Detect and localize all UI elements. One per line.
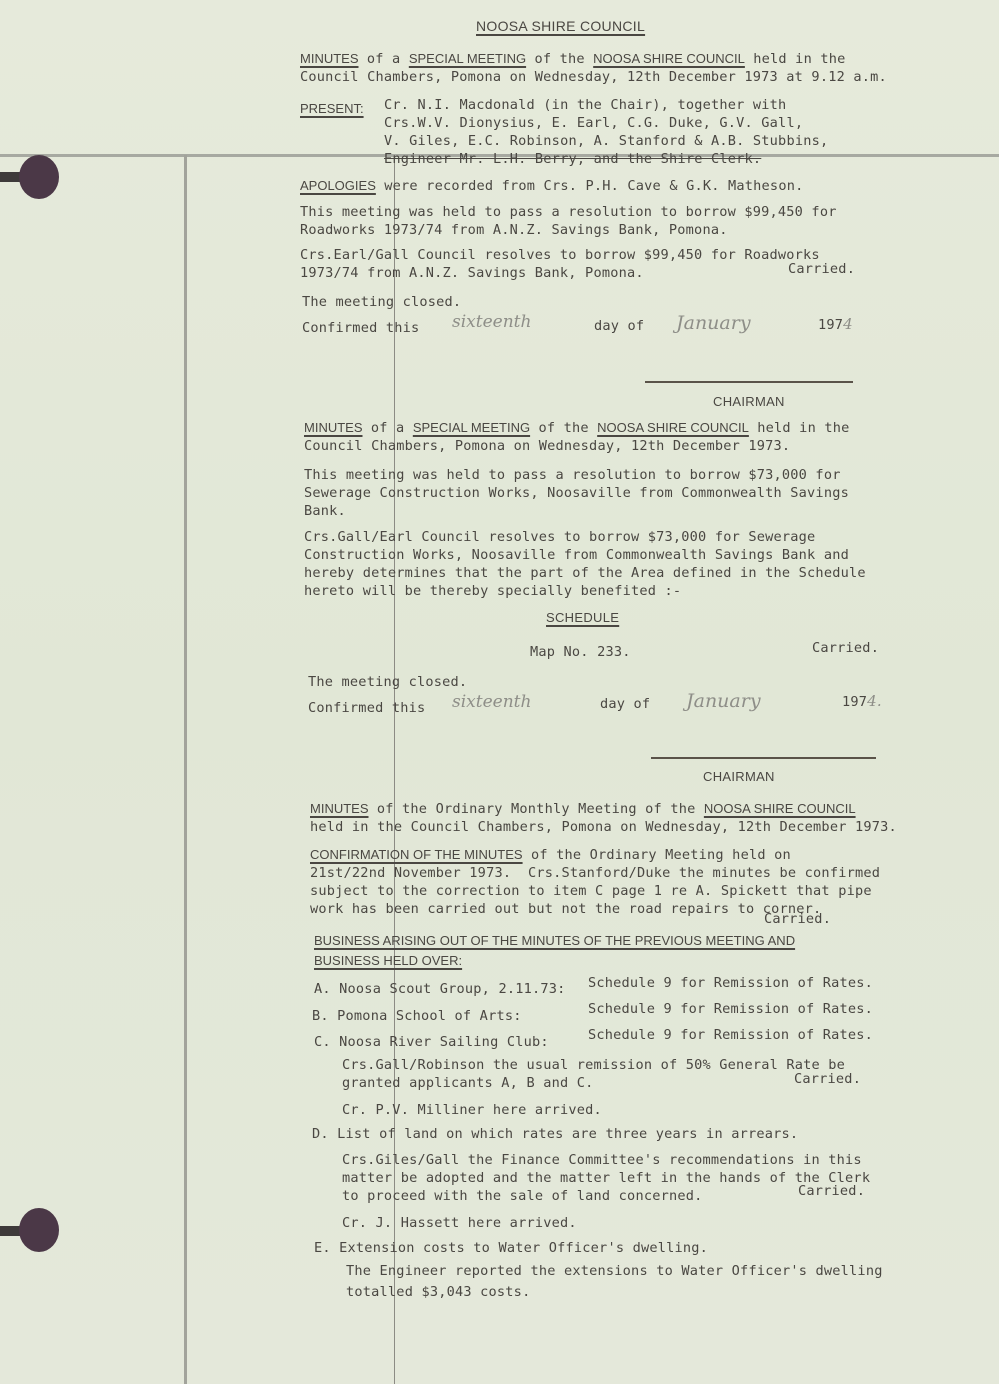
- chairman-label: CHAIRMAN: [703, 768, 775, 786]
- purpose-line: Sewerage Construction Works, Noosaville …: [304, 484, 849, 502]
- year-handwritten: 4: [843, 315, 853, 333]
- resolution-line: hereto will be thereby specially benefit…: [304, 582, 681, 600]
- carried-label: Carried.: [764, 910, 831, 928]
- year-prefix: 197: [818, 317, 843, 333]
- confirmation-line: 21st/22nd November 1973. Crs.Stanford/Du…: [310, 864, 880, 882]
- business-item-a: A. Noosa Scout Group, 2.11.73:: [314, 980, 566, 998]
- council-name: NOOSA SHIRE COUNCIL: [597, 420, 749, 435]
- present-line: Crs.W.V. Dionysius, E. Earl, C.G. Duke, …: [384, 114, 803, 132]
- present-line: V. Giles, E.C. Robinson, A. Stanford & A…: [384, 132, 828, 150]
- year-prefix: 197: [842, 694, 867, 710]
- text: of the: [530, 420, 597, 436]
- business-heading: BUSINESS ARISING OUT OF THE MINUTES OF T…: [314, 932, 795, 950]
- meeting2-intro-line2: Council Chambers, Pomona on Wednesday, 1…: [304, 437, 790, 455]
- purpose-line: Bank.: [304, 502, 346, 520]
- confirmation: CONFIRMATION OF THE MINUTES of the Ordin…: [310, 846, 791, 864]
- business-item-e: E. Extension costs to Water Officer's dw…: [314, 1239, 708, 1257]
- document-title: NOOSA SHIRE COUNCIL: [476, 17, 645, 35]
- left-margin-rule: [184, 155, 187, 1384]
- item-e-report: The Engineer reported the extensions to …: [346, 1262, 883, 1280]
- confirmation-label: CONFIRMATION OF THE MINUTES: [310, 847, 523, 862]
- confirmation-line: subject to the correction to item C page…: [310, 882, 872, 900]
- year-typed: 1974: [818, 315, 853, 334]
- remission-resolution: Crs.Gall/Robinson the usual remission of…: [342, 1056, 845, 1074]
- binder-hole-bottom: [19, 1208, 59, 1252]
- text: of a: [363, 420, 413, 436]
- text: of the Ordinary Monthly Meeting of the: [369, 801, 704, 817]
- text: held in the: [749, 420, 850, 436]
- meeting1-intro: MINUTES of a SPECIAL MEETING of the NOOS…: [300, 50, 846, 68]
- council-name: NOOSA SHIRE COUNCIL: [704, 801, 856, 816]
- apologies-label: APOLOGIES: [300, 178, 376, 193]
- confirmed-label: Confirmed this: [308, 699, 425, 717]
- schedule-heading: SCHEDULE: [546, 609, 619, 627]
- meeting3-intro-line2: held in the Council Chambers, Pomona on …: [310, 818, 897, 836]
- year-typed: 1974.: [842, 692, 882, 711]
- text: of the: [526, 51, 593, 67]
- confirmation-line: work has been carried out but not the ro…: [310, 900, 821, 918]
- handwritten-month: January: [676, 312, 751, 334]
- present-label: PRESENT:: [300, 100, 364, 118]
- resolution-line: Crs.Gall/Earl Council resolves to borrow…: [304, 528, 815, 546]
- arrival-note: Cr. J. Hassett here arrived.: [342, 1214, 577, 1232]
- chairman-label: CHAIRMAN: [713, 393, 785, 411]
- minutes-label: MINUTES: [310, 801, 369, 816]
- confirmed-label: Confirmed this: [302, 319, 419, 337]
- purpose-line: This meeting was held to pass a resoluti…: [300, 203, 837, 221]
- carried-label: Carried.: [798, 1182, 865, 1200]
- business-item-d: D. List of land on which rates are three…: [312, 1125, 798, 1143]
- business-item-b: B. Pomona School of Arts:: [312, 1007, 522, 1025]
- signature-line: [645, 381, 853, 383]
- text: of a: [359, 51, 409, 67]
- special-meeting-label: SPECIAL MEETING: [409, 51, 526, 66]
- business-item-a-detail: Schedule 9 for Remission of Rates.: [588, 974, 873, 992]
- text: of the Ordinary Meeting held on: [523, 847, 791, 863]
- present-line: Cr. N.I. Macdonald (in the Chair), toget…: [384, 96, 786, 114]
- resolution-line: Crs.Earl/Gall Council resolves to borrow…: [300, 246, 820, 264]
- map-number: Map No. 233.: [530, 643, 631, 661]
- carried-label: Carried.: [788, 260, 855, 278]
- year-handwritten: 4.: [867, 692, 882, 710]
- meeting-closed: The meeting closed.: [302, 293, 461, 311]
- resolution-line: 1973/74 from A.N.Z. Savings Bank, Pomona…: [300, 264, 644, 282]
- meeting2-intro: MINUTES of a SPECIAL MEETING of the NOOS…: [304, 419, 850, 437]
- arrival-note: Cr. P.V. Milliner here arrived.: [342, 1101, 602, 1119]
- resolution-line: Construction Works, Noosaville from Comm…: [304, 546, 849, 564]
- present-line: Engineer Mr. L.H. Berry, and the Shire C…: [384, 150, 761, 168]
- purpose-line: This meeting was held to pass a resoluti…: [304, 466, 841, 484]
- handwritten-day: sixteenth: [452, 692, 531, 712]
- meeting1-intro-line2: Council Chambers, Pomona on Wednesday, 1…: [300, 68, 887, 86]
- resolution-line: hereby determines that the part of the A…: [304, 564, 866, 582]
- handwritten-month: January: [686, 690, 761, 712]
- signature-line: [651, 757, 876, 759]
- apologies-text: were recorded from Crs. P.H. Cave & G.K.…: [376, 178, 804, 194]
- carried-label: Carried.: [812, 639, 879, 657]
- item-d-resolution: matter be adopted and the matter left in…: [342, 1169, 870, 1187]
- business-item-c: C. Noosa River Sailing Club:: [314, 1033, 549, 1051]
- handwritten-day: sixteenth: [452, 312, 531, 332]
- meeting-closed: The meeting closed.: [308, 673, 467, 691]
- business-heading: BUSINESS HELD OVER:: [314, 952, 462, 970]
- text: held in the: [745, 51, 846, 67]
- item-e-report: totalled $3,043 costs.: [346, 1283, 530, 1301]
- apologies: APOLOGIES were recorded from Crs. P.H. C…: [300, 177, 803, 195]
- remission-resolution: granted applicants A, B and C.: [342, 1074, 594, 1092]
- minutes-label: MINUTES: [300, 51, 359, 66]
- day-of-label: day of: [594, 317, 644, 335]
- minutes-label: MINUTES: [304, 420, 363, 435]
- business-item-c-detail: Schedule 9 for Remission of Rates.: [588, 1026, 873, 1044]
- binder-hole-top: [19, 155, 59, 199]
- special-meeting-label: SPECIAL MEETING: [413, 420, 530, 435]
- business-item-b-detail: Schedule 9 for Remission of Rates.: [588, 1000, 873, 1018]
- item-d-resolution: Crs.Giles/Gall the Finance Committee's r…: [342, 1151, 862, 1169]
- item-d-resolution: to proceed with the sale of land concern…: [342, 1187, 703, 1205]
- day-of-label: day of: [600, 695, 650, 713]
- carried-label: Carried.: [794, 1070, 861, 1088]
- purpose-line: Roadworks 1973/74 from A.N.Z. Savings Ba…: [300, 221, 728, 239]
- council-name: NOOSA SHIRE COUNCIL: [593, 51, 745, 66]
- meeting3-intro: MINUTES of the Ordinary Monthly Meeting …: [310, 800, 856, 818]
